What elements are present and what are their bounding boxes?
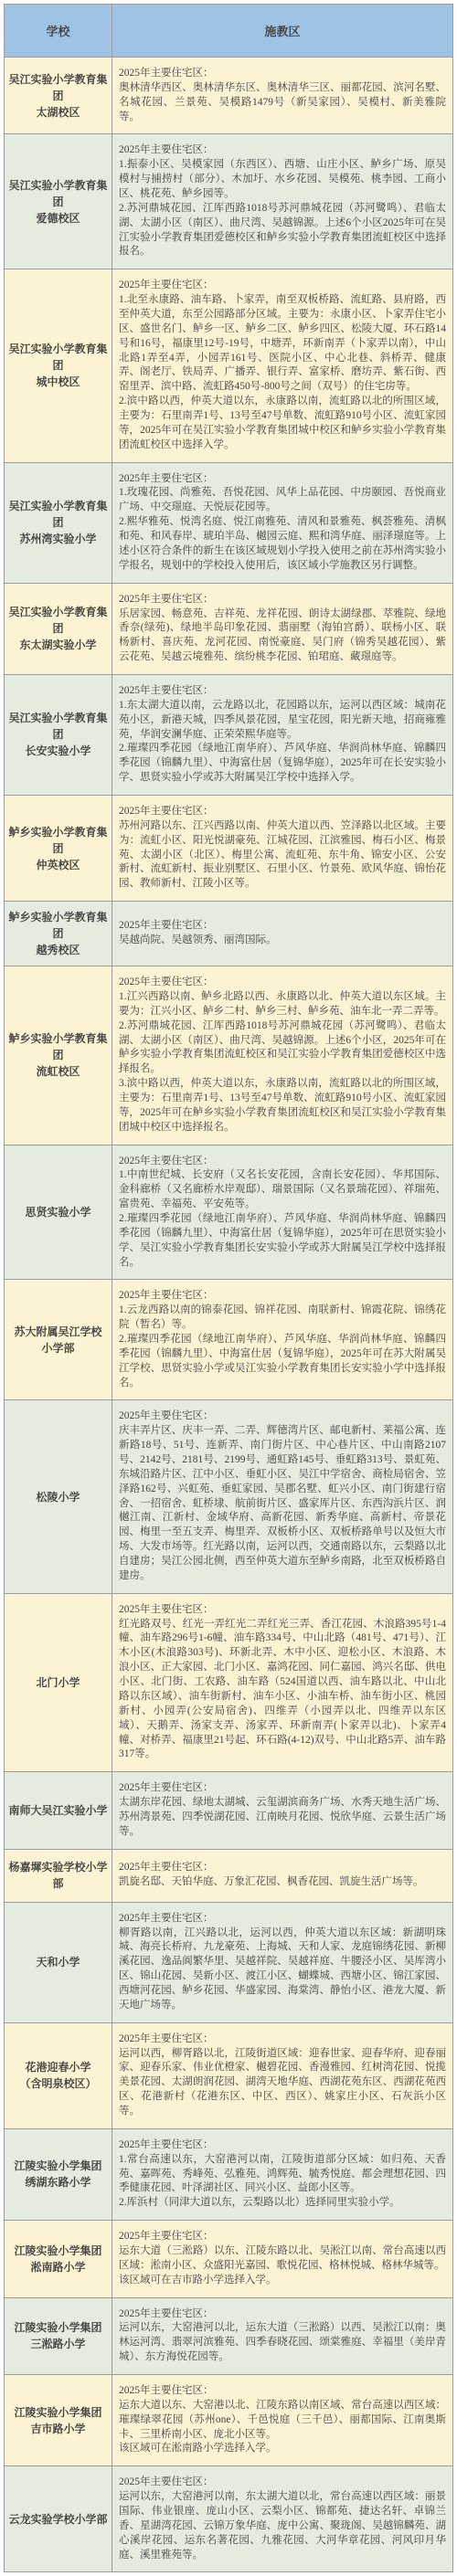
table-row: 江陵实验小学集团 三淞路小学 2025年主要住宅区： 运河以东，大窑港河以北，运… <box>5 2297 453 2374</box>
district-text-cell: 2025年主要住宅区： 1.东太湖大道以南，云龙路以北，花园路以东，运河以西区域… <box>112 674 453 795</box>
district-text-cell: 2025年主要住宅区： 吴越尚院、吴越领秀、丽湾国际。 <box>112 902 453 966</box>
enrollment-district-page: 学校 施教区 吴江实验小学教育集团 太湖校区 2025年主要住宅区： 奥林清华西… <box>0 0 457 2576</box>
table-row: 鲈乡实验小学教育集团 流虹校区 2025年主要住宅区： 1.江兴西路以南、鲈乡北… <box>5 966 453 1145</box>
school-name-cell: 吴江实验小学教育集团 苏州湾实验小学 <box>5 462 112 583</box>
table-row: 江陵实验小学集团 绣湖东路小学 2025年主要住宅区： 1.常台高速以东，大窑港… <box>5 2128 453 2220</box>
table-row: 苏大附属吴江学校 小学部 2025年主要住宅区： 1.云龙西路以南的锦泰花园、锦… <box>5 1280 453 1400</box>
district-text-cell: 2025年主要住宅区： 太湖东岸花园、绿地太湖城、云玺湖滨商务广场、水秀天地生活… <box>112 1772 453 1849</box>
table-row: 松陵小学 2025年主要住宅区： 庆丰弄片区、庆丰一弄、二弄、辉德湾片区、邮电新… <box>5 1400 453 1593</box>
district-text-cell: 2025年主要住宅区： 运河以东，大窑港河以北，运东大道（三淞路）以西、吴淞江以… <box>112 2297 453 2374</box>
school-name-cell: 江陵实验小学集团 淞南路小学 <box>5 2221 112 2297</box>
table-row: 鲈乡实验小学教育集团 越秀校区 2025年主要住宅区： 吴越尚院、吴越领秀、丽湾… <box>5 902 453 966</box>
district-text-cell: 2025年主要住宅区： 柳胥路以南，江兴路以北，运河以西，仲英大道以东区域：新湖… <box>112 1902 453 2022</box>
table-row: 吴江实验小学教育集团 城中校区 2025年主要住宅区： 1.北至永康路、油车路、… <box>5 269 453 462</box>
district-text-cell: 2025年主要住宅区： 1.江兴西路以南、鲈乡北路以西、永康路以北、仲英大道以东… <box>112 966 453 1145</box>
district-text-cell: 2025年主要住宅区： 1.北至永康路、油车路、卜家弄，南至双板桥路、流虹路、县… <box>112 269 453 462</box>
school-name-cell: 北门小学 <box>5 1593 112 1771</box>
district-text-cell: 2025年主要住宅区： 红光路双号、红光一弄红光二弄红光三弄、香江花园、木浪路3… <box>112 1593 453 1771</box>
school-name-cell: 苏大附属吴江学校 小学部 <box>5 1280 112 1400</box>
school-name-cell: 南师大吴江实验小学 <box>5 1772 112 1849</box>
district-text-cell: 2025年主要住宅区： 1.中南世纪城、长安府（又名长安花园，含南长安花园）、华… <box>112 1145 453 1280</box>
header-row: 学校 施教区 <box>5 5 453 58</box>
school-name-cell: 天和小学 <box>5 1902 112 2022</box>
school-name-cell: 鲈乡实验小学教育集团 仲英校区 <box>5 795 112 901</box>
school-name-cell: 云龙实验学校小学部 <box>5 2466 112 2572</box>
table-row: 花港迎春小学 （含明泉校区） 2025年主要住宅区： 运河以西，柳胥路以北，江陵… <box>5 2022 453 2128</box>
table-row: 吴江实验小学教育集团 太湖校区 2025年主要住宅区： 奥林清华西区、奥林清华东… <box>5 58 453 134</box>
district-text-cell: 2025年主要住宅区： 1.振泰小区、吴模家园（东西区）、西塘、山庄小区、鲈乡广… <box>112 134 453 269</box>
school-name-cell: 花港迎春小学 （含明泉校区） <box>5 2022 112 2128</box>
column-header-school: 学校 <box>5 5 112 58</box>
table-row: 吴江实验小学教育集团 东太湖实验小学 2025年主要住宅区： 乐居家园、畅意苑、… <box>5 583 453 674</box>
school-name-cell: 吴江实验小学教育集团 长安实验小学 <box>5 674 112 795</box>
district-text-cell: 2025年主要住宅区： 运东大道（三淞路）以东、江陵东路以北、吴淞江以南、常台高… <box>112 2221 453 2297</box>
table-row: 北门小学 2025年主要住宅区： 红光路双号、红光一弄红光二弄红光三弄、香江花园… <box>5 1593 453 1771</box>
table-row: 杨嘉墀实验学校小学部 2025年主要住宅区： 凯旋名邸、天铂华庭、万象汇花园、枫… <box>5 1849 453 1902</box>
table-row: 江陵实验小学集团 淞南路小学 2025年主要住宅区： 运东大道（三淞路）以东、江… <box>5 2221 453 2297</box>
district-text-cell: 2025年主要住宅区： 运东大道以东、大窑港以北、江陵东路以南区域、常台高速以西… <box>112 2375 453 2466</box>
column-header-district: 施教区 <box>112 5 453 58</box>
school-name-cell: 江陵实验小学集团 绣湖东路小学 <box>5 2128 112 2220</box>
school-name-cell: 吴江实验小学教育集团 爱德校区 <box>5 134 112 269</box>
district-text-cell: 2025年主要住宅区： 庆丰弄片区、庆丰一弄、二弄、辉德湾片区、邮电新村、莱福公… <box>112 1400 453 1593</box>
table-row: 天和小学 2025年主要住宅区： 柳胥路以南，江兴路以北，运河以西，仲英大道以东… <box>5 1902 453 2022</box>
school-name-cell: 吴江实验小学教育集团 东太湖实验小学 <box>5 583 112 674</box>
district-text-cell: 2025年主要住宅区： 乐居家园、畅意苑、吉祥苑、龙祥花园、朗诗太湖绿郡、萃雅院… <box>112 583 453 674</box>
district-text-cell: 2025年主要住宅区： 1.云龙西路以南的锦泰花园、锦祥花园、南联新村、锦霞花院… <box>112 1280 453 1400</box>
table-row: 吴江实验小学教育集团 苏州湾实验小学 2025年主要住宅区： 1.玫瑰花园、尚雅… <box>5 462 453 583</box>
table-body: 吴江实验小学教育集团 太湖校区 2025年主要住宅区： 奥林清华西区、奥林清华东… <box>5 58 453 2572</box>
table-row: 云龙实验学校小学部 2025年主要住宅区： 运河以东，大窑港河以南，东太湖大道以… <box>5 2466 453 2572</box>
district-text-cell: 2025年主要住宅区： 运河以西，柳胥路以北，江陵街道区域：迎春世家、迎春华府、… <box>112 2022 453 2128</box>
table-row: 吴江实验小学教育集团 爱德校区 2025年主要住宅区： 1.振泰小区、吴模家园（… <box>5 134 453 269</box>
table-row: 江陵实验小学集团 吉市路小学 2025年主要住宅区： 运东大道以东、大窑港以北、… <box>5 2375 453 2466</box>
school-name-cell: 思贤实验小学 <box>5 1145 112 1280</box>
district-text-cell: 2025年主要住宅区： 苏州河路以东、江兴西路以南、仲英大道以西、笠泽路以北区域… <box>112 795 453 901</box>
table-header: 学校 施教区 <box>5 5 453 58</box>
school-district-table: 学校 施教区 吴江实验小学教育集团 太湖校区 2025年主要住宅区： 奥林清华西… <box>4 4 453 2572</box>
school-name-cell: 鲈乡实验小学教育集团 流虹校区 <box>5 966 112 1145</box>
table-row: 思贤实验小学 2025年主要住宅区： 1.中南世纪城、长安府（又名长安花园，含南… <box>5 1145 453 1280</box>
district-text-cell: 2025年主要住宅区： 运河以东，大窑港河以南，东太湖大道以北，常台高速以西区域… <box>112 2466 453 2572</box>
district-text-cell: 2025年主要住宅区： 1.玫瑰花园、尚雅苑、吾悦花园、风华上品花园、中房颐园、… <box>112 462 453 583</box>
table-row: 南师大吴江实验小学 2025年主要住宅区： 太湖东岸花园、绿地太湖城、云玺湖滨商… <box>5 1772 453 1849</box>
district-text-cell: 2025年主要住宅区： 奥林清华西区、奥林清华东区、奥林清华三区、丽都花园、滨河… <box>112 58 453 134</box>
district-text-cell: 2025年主要住宅区： 凯旋名邸、天铂华庭、万象汇花园、枫香花园、凯旋生活广场等… <box>112 1849 453 1902</box>
school-name-cell: 吴江实验小学教育集团 城中校区 <box>5 269 112 462</box>
school-name-cell: 江陵实验小学集团 三淞路小学 <box>5 2297 112 2374</box>
school-name-cell: 杨嘉墀实验学校小学部 <box>5 1849 112 1902</box>
school-name-cell: 鲈乡实验小学教育集团 越秀校区 <box>5 902 112 966</box>
school-name-cell: 江陵实验小学集团 吉市路小学 <box>5 2375 112 2466</box>
district-text-cell: 2025年主要住宅区： 1.常台高速以东，大窑港河以南，江陵街道部分区域：如归苑… <box>112 2128 453 2220</box>
table-row: 吴江实验小学教育集团 长安实验小学 2025年主要住宅区： 1.东太湖大道以南，… <box>5 674 453 795</box>
table-row: 鲈乡实验小学教育集团 仲英校区 2025年主要住宅区： 苏州河路以东、江兴西路以… <box>5 795 453 901</box>
school-name-cell: 松陵小学 <box>5 1400 112 1593</box>
school-name-cell: 吴江实验小学教育集团 太湖校区 <box>5 58 112 134</box>
